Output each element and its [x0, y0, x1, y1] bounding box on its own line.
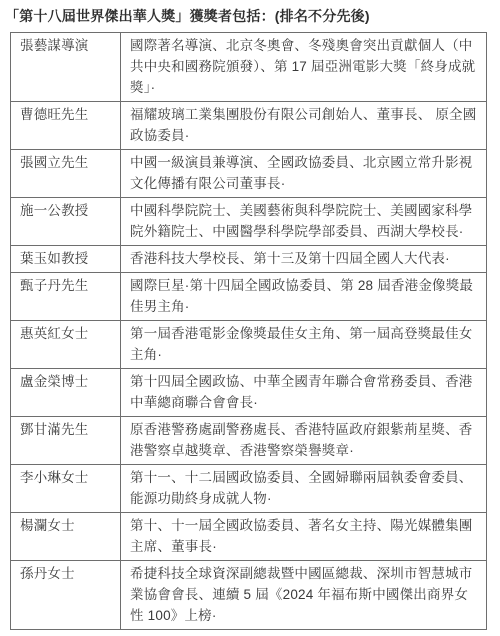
winner-name: 盧金榮博士 [11, 369, 121, 417]
winner-name: 曹德旺先生 [11, 102, 121, 150]
table-row: 葉玉如教授 香港科技大學校長、第十三及第十四屆全國人大代表· [11, 246, 487, 273]
winner-description: 第一屆香港電影金像獎最佳女主角、第一屆高登獎最佳女主角· [121, 321, 487, 369]
winner-description: 第十四屆全國政協、中華全國青年聯合會常務委員、香港中華總商聯合會會長· [121, 369, 487, 417]
table-row: 張國立先生 中國一級演員兼導演、全國政協委員、北京國立常升影視文化傳播有限公司董… [11, 150, 487, 198]
winner-name: 惠英紅女士 [11, 321, 121, 369]
table-row: 孫丹女士 希捷科技全球資深副總裁暨中國區總裁、深圳市智慧城市業協會會長、連續 5… [11, 561, 487, 630]
table-row: 鄧甘滿先生 原香港警務處副警務處長、香港特區政府銀紫荊星獎、香港警察卓越獎章、香… [11, 417, 487, 465]
winner-name: 甄子丹先生 [11, 273, 121, 321]
page-title: 「第十八屆世界傑出華人獎」獲獎者包括：(排名不分先後) [5, 7, 492, 25]
table-row: 曹德旺先生 福耀玻璃工業集團股份有限公司創始人、董事長、 原全國政協委員· [11, 102, 487, 150]
winner-description: 第十、十一屆全國政協委員、著名女主持、陽光媒體集團主席、董事長· [121, 513, 487, 561]
winner-name: 鄧甘滿先生 [11, 417, 121, 465]
winner-description: 中國一級演員兼導演、全國政協委員、北京國立常升影視文化傳播有限公司董事長· [121, 150, 487, 198]
winner-description: 香港科技大學校長、第十三及第十四屆全國人大代表· [121, 246, 487, 273]
winner-description: 原香港警務處副警務處長、香港特區政府銀紫荊星獎、香港警察卓越獎章、香港警察榮譽獎… [121, 417, 487, 465]
winner-description: 第十一、十二屆國政協委員、全國婦聯兩屆執委會委員、能源功勛終身成就人物· [121, 465, 487, 513]
table-row: 甄子丹先生 國際巨星·第十四屆全國政協委員、第 28 屆香港金像獎最佳男主角· [11, 273, 487, 321]
winner-name: 張藝謀導演 [11, 33, 121, 102]
table-row: 施一公教授 中國科學院院士、美國藝術與科學院院士、美國國家科學院外籍院士、中國醫… [11, 198, 487, 246]
winner-description: 國際巨星·第十四屆全國政協委員、第 28 屆香港金像獎最佳男主角· [121, 273, 487, 321]
winners-table-body: 張藝謀導演 國際著名導演、北京冬奧會、冬殘奧會突出貢獻個人（中共中央和國務院頒發… [11, 33, 487, 630]
winner-name: 施一公教授 [11, 198, 121, 246]
winner-description: 福耀玻璃工業集團股份有限公司創始人、董事長、 原全國政協委員· [121, 102, 487, 150]
winners-table: 張藝謀導演 國際著名導演、北京冬奧會、冬殘奧會突出貢獻個人（中共中央和國務院頒發… [10, 32, 487, 630]
table-row: 李小琳女士 第十一、十二屆國政協委員、全國婦聯兩屆執委會委員、能源功勛終身成就人… [11, 465, 487, 513]
winner-name: 張國立先生 [11, 150, 121, 198]
winner-description: 中國科學院院士、美國藝術與科學院院士、美國國家科學院外籍院士、中國醫學科學院學部… [121, 198, 487, 246]
winner-name: 孫丹女士 [11, 561, 121, 630]
document-page: 「第十八屆世界傑出華人獎」獲獎者包括：(排名不分先後) 張藝謀導演 國際著名導演… [0, 0, 500, 636]
winner-name: 李小琳女士 [11, 465, 121, 513]
table-row: 盧金榮博士 第十四屆全國政協、中華全國青年聯合會常務委員、香港中華總商聯合會會長… [11, 369, 487, 417]
winner-name: 楊瀾女士 [11, 513, 121, 561]
table-row: 張藝謀導演 國際著名導演、北京冬奧會、冬殘奧會突出貢獻個人（中共中央和國務院頒發… [11, 33, 487, 102]
winner-description: 國際著名導演、北京冬奧會、冬殘奧會突出貢獻個人（中共中央和國務院頒發）、第 17… [121, 33, 487, 102]
winner-description: 希捷科技全球資深副總裁暨中國區總裁、深圳市智慧城市業協會會長、連續 5 屆《20… [121, 561, 487, 630]
table-row: 楊瀾女士 第十、十一屆全國政協委員、著名女主持、陽光媒體集團主席、董事長· [11, 513, 487, 561]
winner-name: 葉玉如教授 [11, 246, 121, 273]
table-row: 惠英紅女士 第一屆香港電影金像獎最佳女主角、第一屆高登獎最佳女主角· [11, 321, 487, 369]
